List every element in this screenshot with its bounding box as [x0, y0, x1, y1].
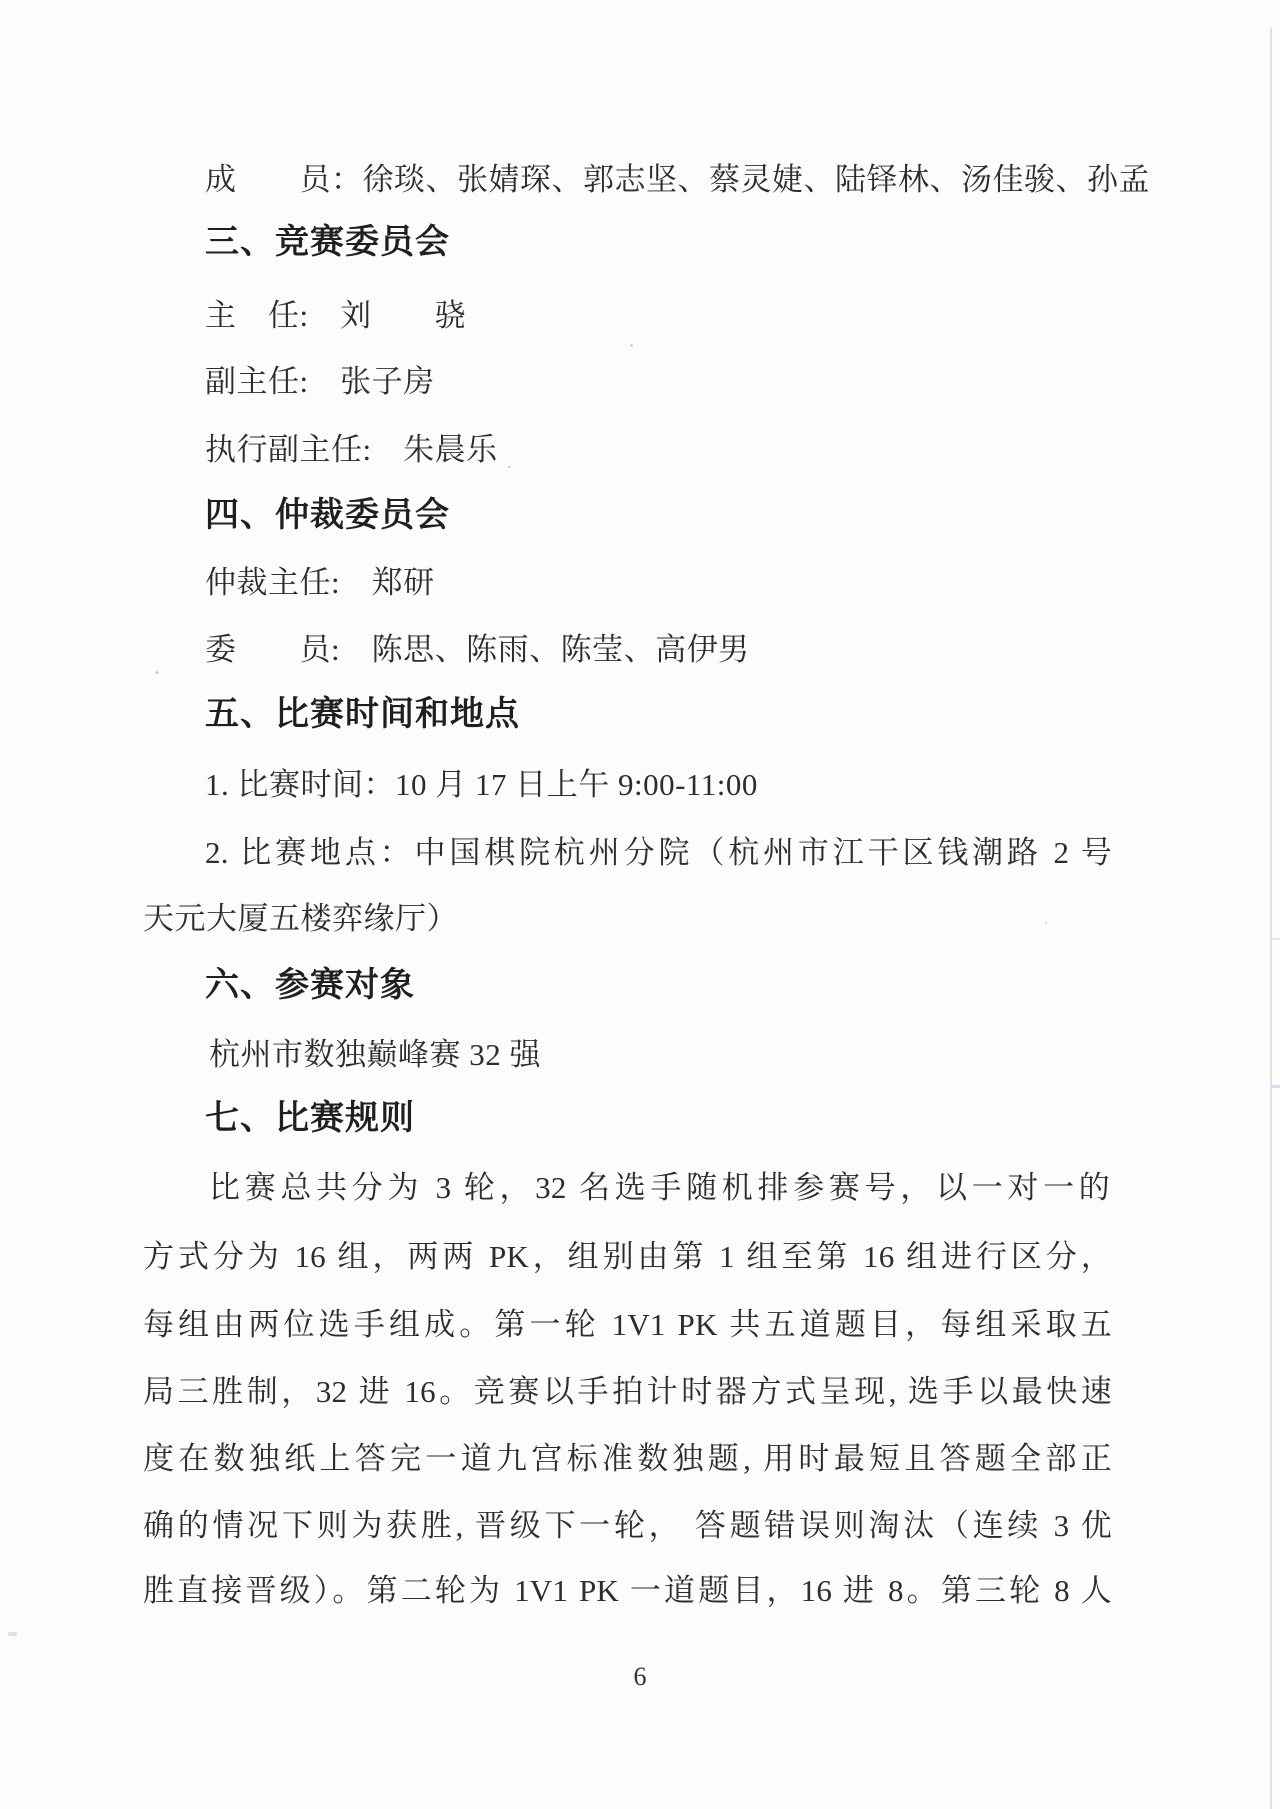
scan-speck: [630, 344, 633, 347]
section-heading-participants: 六、参赛对象: [205, 963, 415, 1007]
section-heading-competition-committee: 三、竞赛委员会: [205, 220, 450, 264]
arbitration-director-line: 仲裁主任: 郑研: [205, 561, 435, 605]
rules-paragraph-line-3: 每组由两位选手组成。第一轮 1V1 PK 共五道题目，每组采取五: [143, 1303, 1112, 1347]
scan-speck: [508, 466, 511, 468]
venue-continuation-line: 天元大厦五楼弈缘厅）: [143, 897, 458, 941]
section-heading-rules: 七、比赛规则: [205, 1096, 415, 1140]
director-line: 主 任: 刘 骁: [205, 294, 466, 338]
page-edge-rule-line: [1270, 28, 1272, 1809]
scan-blue-tick: [1271, 1085, 1280, 1088]
deputy-director-line: 副主任: 张子房: [205, 360, 435, 404]
participants-line: 杭州市数独巅峰赛 32 强: [209, 1033, 541, 1077]
match-venue-line: 2. 比赛地点：中国棋院杭州分院（杭州市江干区钱潮路 2 号: [205, 831, 1112, 875]
scan-speck: [155, 671, 159, 674]
rules-paragraph-line-2: 方式分为 16 组，两两 PK，组别由第 1 组至第 16 组进行区分，: [143, 1235, 1112, 1279]
scan-smudge: [8, 1632, 17, 1636]
section-heading-arbitration-committee: 四、仲裁委员会: [205, 493, 450, 537]
rules-paragraph-line-4: 局三胜制，32 进 16。竞赛以手拍计时器方式呈现, 选手以最快速: [143, 1370, 1112, 1414]
executive-deputy-director-line: 执行副主任: 朱晨乐: [205, 428, 498, 472]
match-time-line: 1. 比赛时间：10 月 17 日上午 9:00-11:00: [205, 763, 758, 807]
rules-paragraph-line-1: 比赛总共分为 3 轮，32 名选手随机排参赛号，以一对一的: [209, 1166, 1110, 1210]
arbitration-members-line: 委 员: 陈思、陈雨、陈莹、高伊男: [205, 628, 750, 672]
scanned-document-page: 成 员：徐琰、张婧琛、郭志坚、蔡灵婕、陆铎林、汤佳骏、孙孟 三、竞赛委员会 主 …: [0, 0, 1280, 1809]
scan-blue-tick: [1271, 938, 1280, 940]
page-number: 6: [0, 1662, 1280, 1692]
scan-speck: [1045, 922, 1047, 924]
section-heading-time-and-venue: 五、比赛时间和地点: [205, 692, 520, 736]
rules-paragraph-line-5: 度在数独纸上答完一道九宫标准数独题, 用时最短且答题全部正: [143, 1437, 1112, 1481]
rules-paragraph-line-6: 确的情况下则为获胜, 晋级下一轮， 答题错误则淘汰（连续 3 优: [143, 1504, 1112, 1548]
member-list-line: 成 员：徐琰、张婧琛、郭志坚、蔡灵婕、陆铎林、汤佳骏、孙孟: [205, 158, 1150, 202]
rules-paragraph-line-7: 胜直接晋级）。第二轮为 1V1 PK 一道题目，16 进 8。第三轮 8 人: [143, 1569, 1112, 1613]
